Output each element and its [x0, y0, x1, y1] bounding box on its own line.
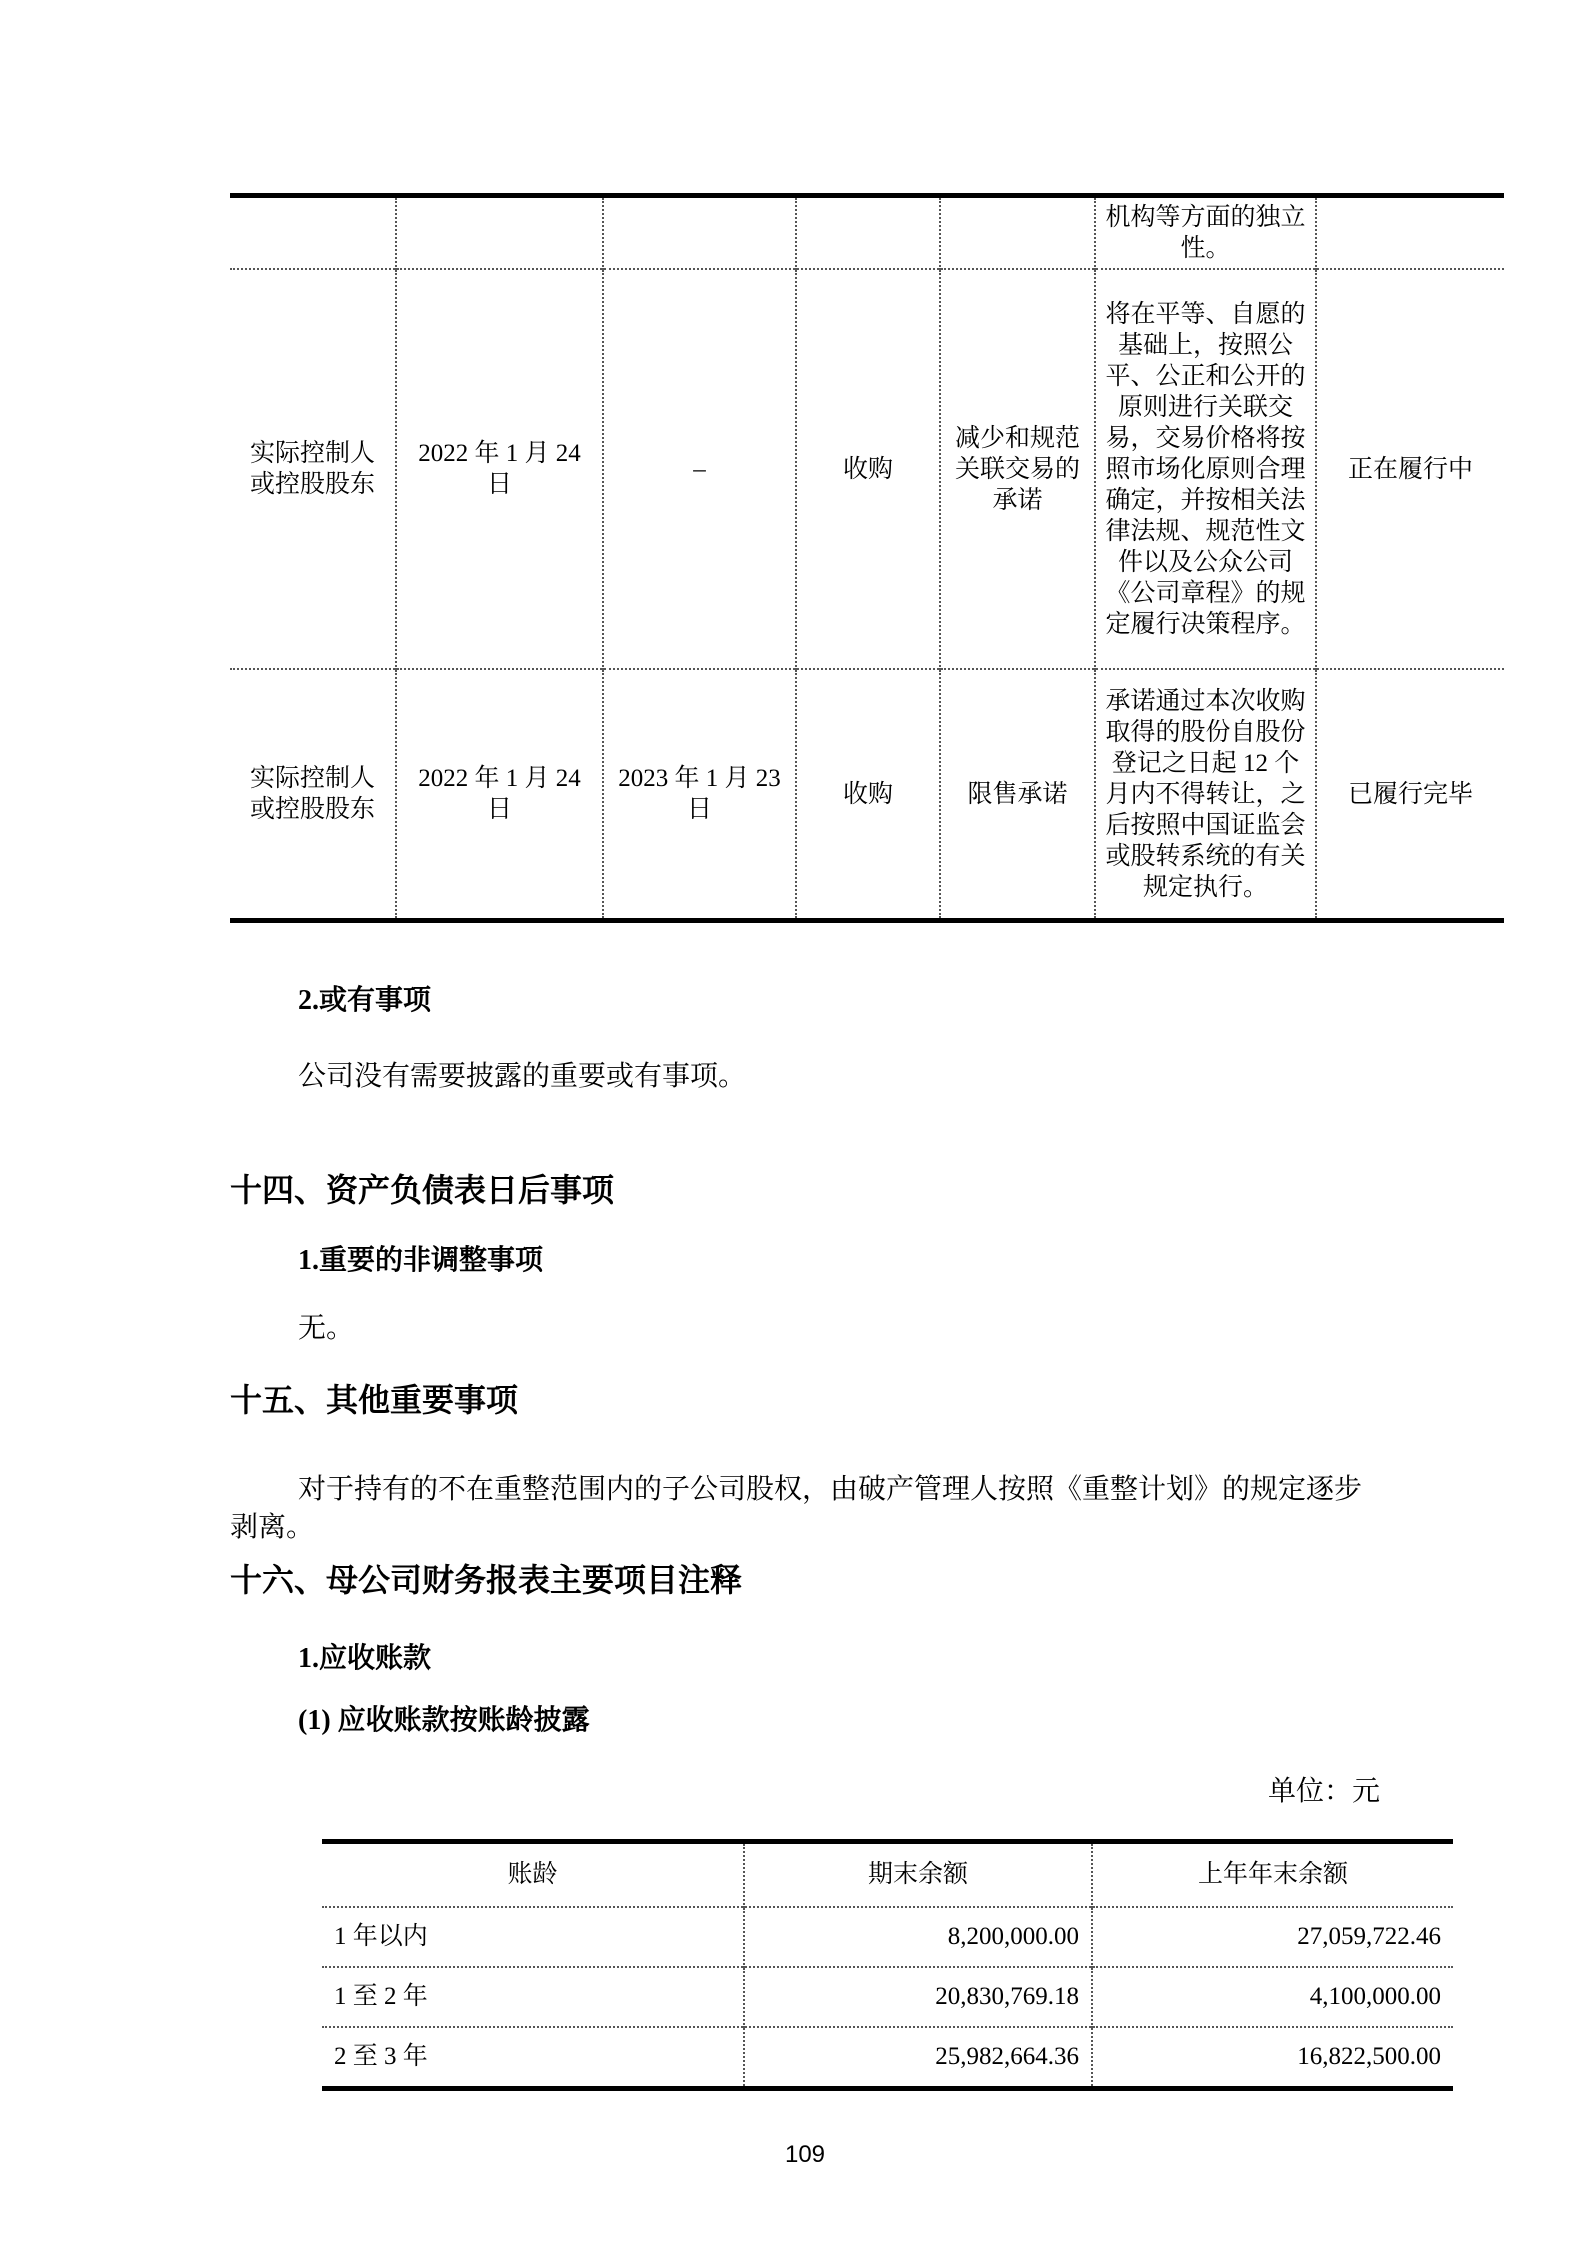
heading-other-important: 十五、其他重要事项	[230, 1377, 1380, 1423]
cell-type: 收购	[796, 669, 940, 921]
heading-parent-company-notes: 十六、母公司财务报表主要项目注释	[230, 1557, 1380, 1603]
table-row: 机构等方面的独立性。	[230, 196, 1504, 270]
cell-commitment-name: 减少和规范关联交易的承诺	[940, 269, 1095, 669]
page-content: 机构等方面的独立性。 实际控制人或控股股东 2022 年 1 月 24 日 – …	[230, 193, 1380, 2173]
cell-deadline: 2023 年 1 月 23 日	[603, 669, 796, 921]
page-number: 109	[230, 2137, 1380, 2173]
cell-commitment-content: 将在平等、自愿的基础上，按照公平、公正和公开的原则进行关联交易，交易价格将按照市…	[1095, 269, 1316, 669]
cell-closing: 8,200,000.00	[744, 1907, 1092, 1967]
cell-commitment-name: 限售承诺	[940, 669, 1095, 921]
table-row: 1 至 2 年 20,830,769.18 4,100,000.00	[322, 1967, 1453, 2027]
paragraph-contingencies: 公司没有需要披露的重要或有事项。	[298, 1057, 1380, 1097]
paragraph-other-important: 对于持有的不在重整范围内的子公司股权，由破产管理人按照《重整计划》的规定逐步剥离…	[230, 1471, 1380, 1547]
cell-commitment-name	[940, 196, 1095, 270]
paragraph-none: 无。	[298, 1309, 1380, 1349]
cell-closing: 20,830,769.18	[744, 1967, 1092, 2027]
cell-status: 正在履行中	[1316, 269, 1504, 669]
heading-accounts-receivable: 1.应收账款	[298, 1639, 1380, 1679]
cell-commitment-content: 承诺通过本次收购取得的股份自股份登记之日起 12 个月内不得转让，之后按照中国证…	[1095, 669, 1316, 921]
header-closing-balance: 期末余额	[744, 1842, 1092, 1908]
cell-party: 实际控制人或控股股东	[230, 669, 396, 921]
cell-prior: 16,822,500.00	[1092, 2027, 1453, 2089]
cell-party: 实际控制人或控股股东	[230, 269, 396, 669]
cell-status: 已履行完毕	[1316, 669, 1504, 921]
cell-commit-date: 2022 年 1 月 24 日	[396, 669, 603, 921]
cell-age: 1 至 2 年	[322, 1967, 744, 2027]
table-row: 实际控制人或控股股东 2022 年 1 月 24 日 2023 年 1 月 23…	[230, 669, 1504, 921]
cell-age: 2 至 3 年	[322, 2027, 744, 2089]
cell-commitment-content: 机构等方面的独立性。	[1095, 196, 1316, 270]
header-aging: 账龄	[322, 1842, 744, 1908]
aging-table: 账龄 期末余额 上年年末余额 1 年以内 8,200,000.00 27,059…	[322, 1839, 1453, 2091]
cell-deadline: –	[603, 269, 796, 669]
cell-status	[1316, 196, 1504, 270]
table-row: 1 年以内 8,200,000.00 27,059,722.46	[322, 1907, 1453, 1967]
heading-balance-sheet-events: 十四、资产负债表日后事项	[230, 1167, 1380, 1213]
commitments-table: 机构等方面的独立性。 实际控制人或控股股东 2022 年 1 月 24 日 – …	[230, 193, 1504, 923]
cell-deadline	[603, 196, 796, 270]
heading-non-adjusting-events: 1.重要的非调整事项	[298, 1241, 1380, 1281]
cell-commit-date: 2022 年 1 月 24 日	[396, 269, 603, 669]
cell-prior: 4,100,000.00	[1092, 1967, 1453, 2027]
report-page: 机构等方面的独立性。 实际控制人或控股股东 2022 年 1 月 24 日 – …	[0, 0, 1587, 2245]
cell-prior: 27,059,722.46	[1092, 1907, 1453, 1967]
cell-type	[796, 196, 940, 270]
heading-contingencies: 2.或有事项	[298, 981, 1380, 1021]
cell-age: 1 年以内	[322, 1907, 744, 1967]
cell-party	[230, 196, 396, 270]
table-row: 2 至 3 年 25,982,664.36 16,822,500.00	[322, 2027, 1453, 2089]
unit-label: 单位：元	[230, 1773, 1380, 1811]
heading-aging-disclosure: (1) 应收账款按账龄披露	[298, 1701, 1380, 1741]
cell-type: 收购	[796, 269, 940, 669]
cell-closing: 25,982,664.36	[744, 2027, 1092, 2089]
table-header-row: 账龄 期末余额 上年年末余额	[322, 1842, 1453, 1908]
cell-commit-date	[396, 196, 603, 270]
header-prior-balance: 上年年末余额	[1092, 1842, 1453, 1908]
table-row: 实际控制人或控股股东 2022 年 1 月 24 日 – 收购 减少和规范关联交…	[230, 269, 1504, 669]
